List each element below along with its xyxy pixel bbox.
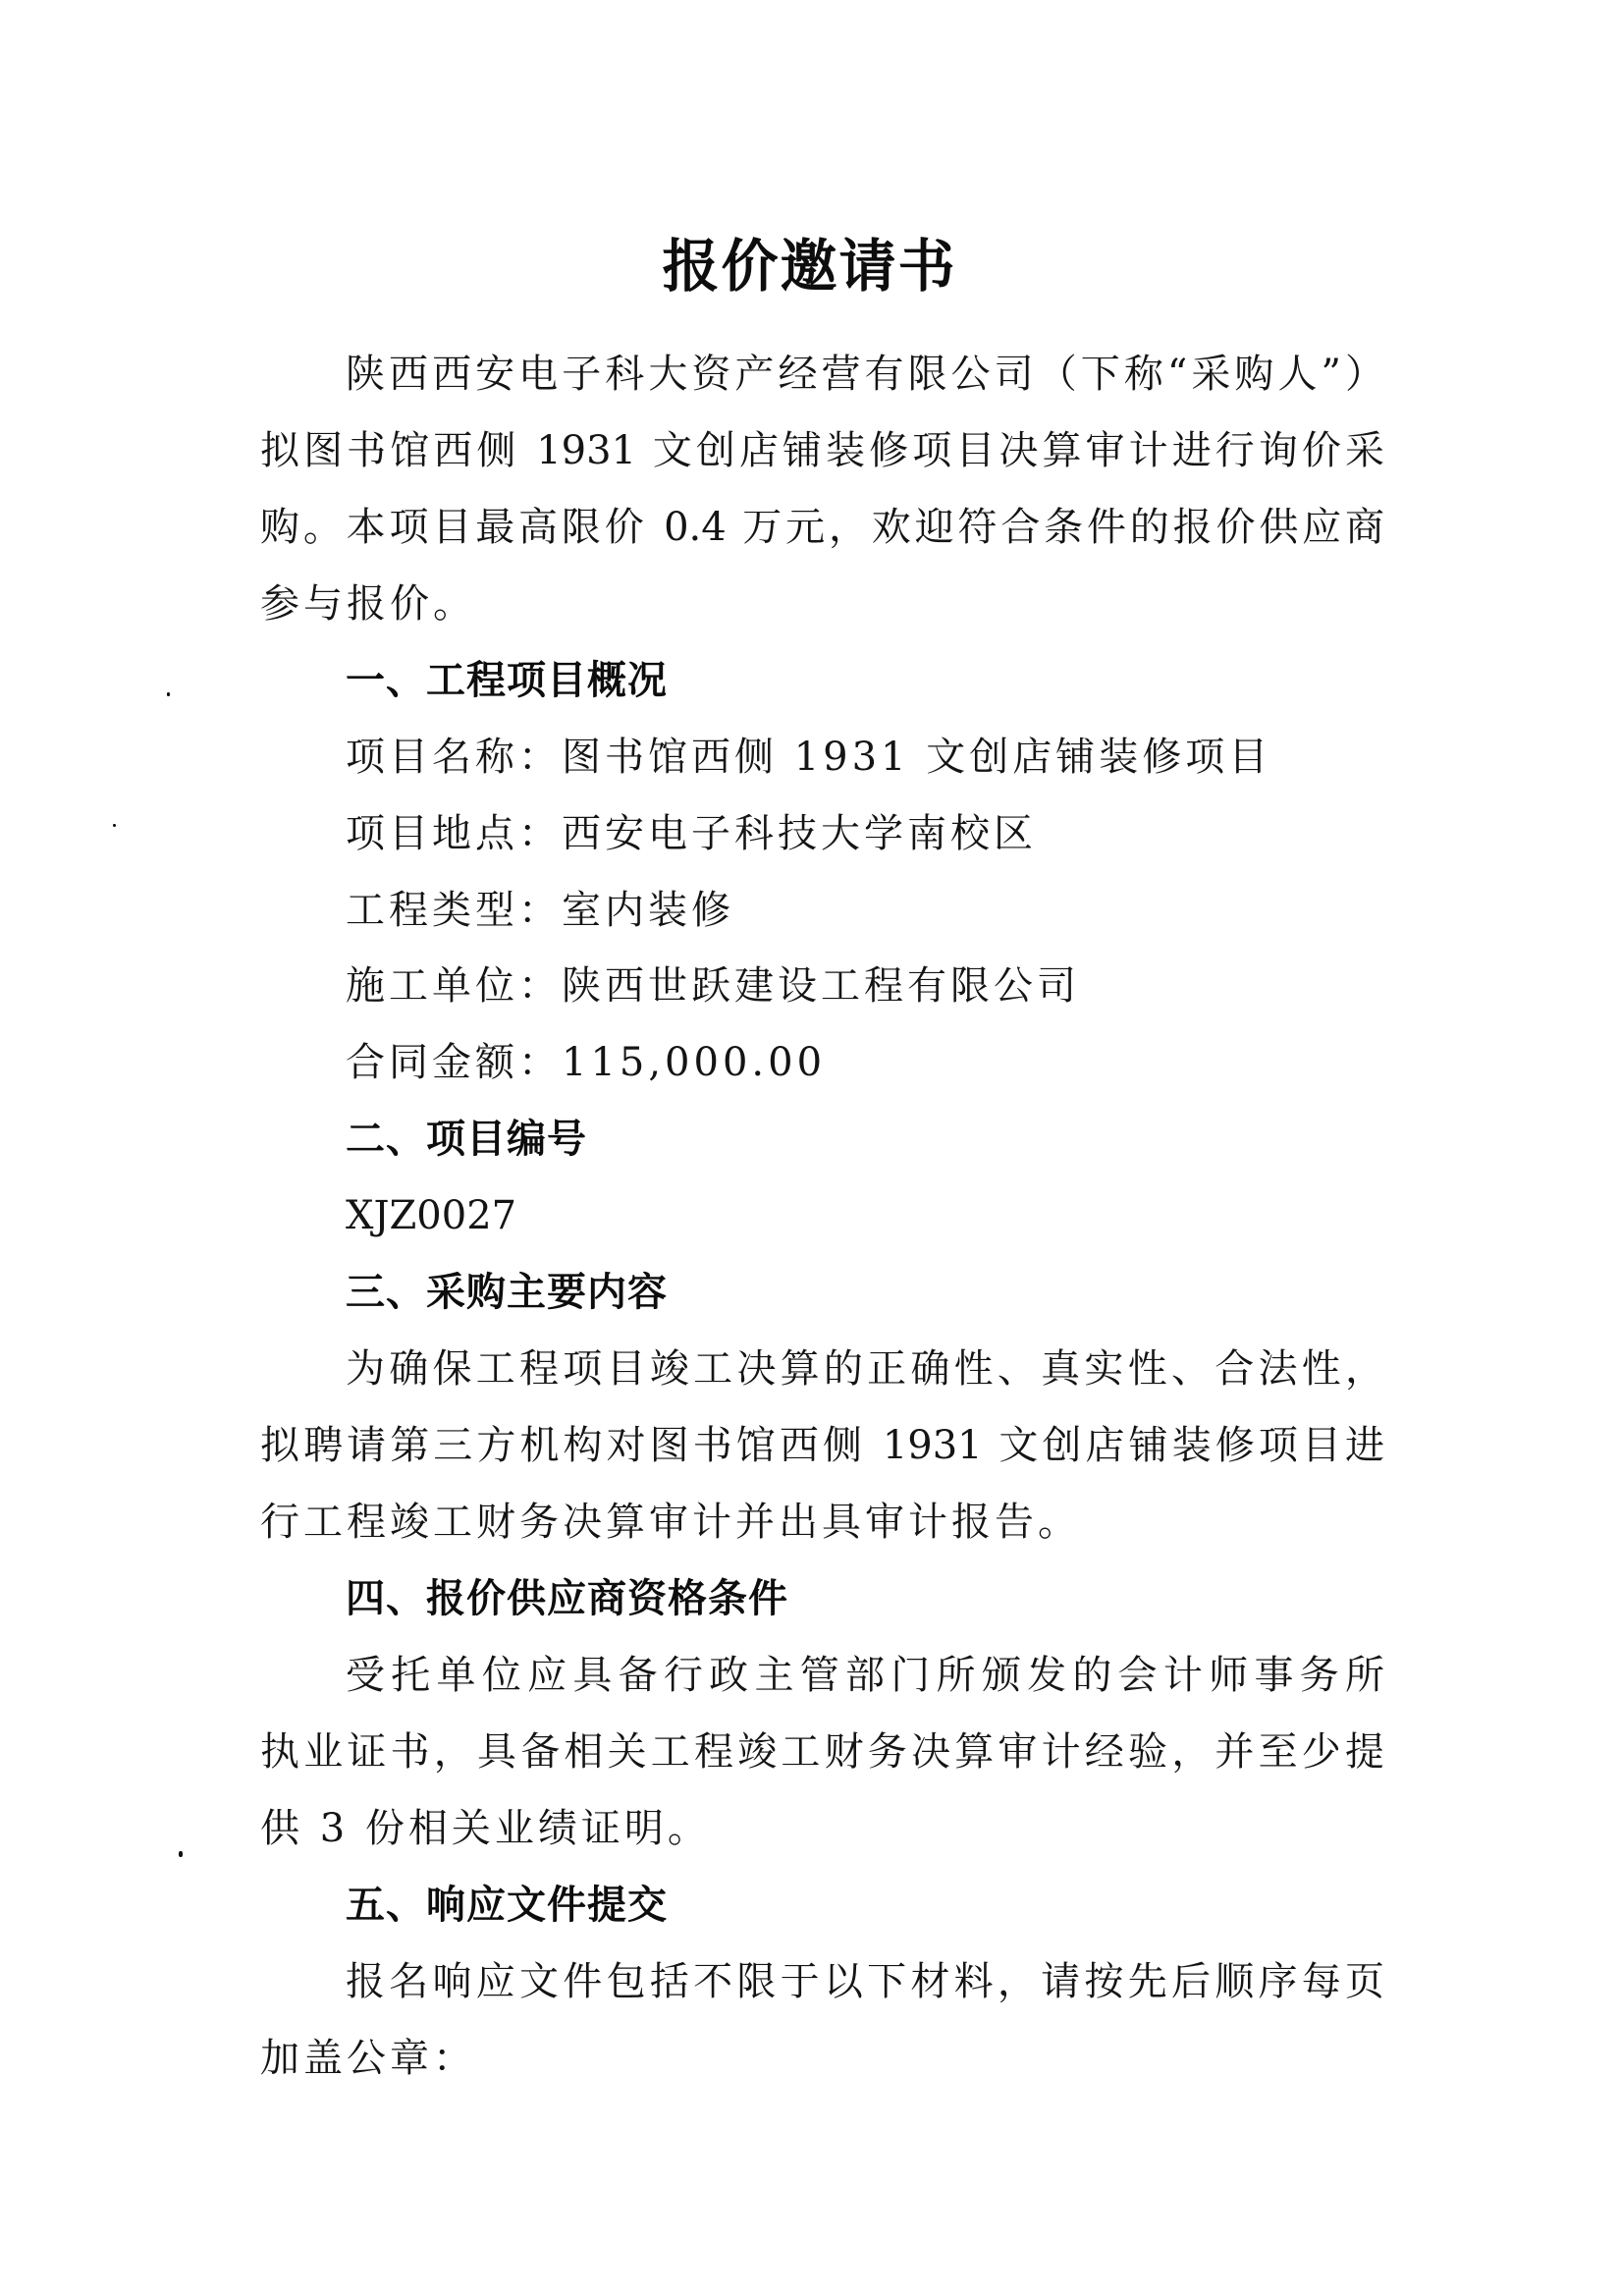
- procurement-content-line-3: 行工程竣工财务决算审计并出具审计报告。: [260, 1500, 1081, 1545]
- overview-contractor: 施工单位：陕西世跃建设工程有限公司: [346, 963, 1080, 1009]
- scan-speck: [167, 692, 170, 696]
- response-submission-line-1: 报名响应文件包括不限于以下材料，请按先后顺序每页: [346, 1959, 1384, 2004]
- procurement-content-line-2: 拟聘请第三方机构对图书馆西侧 1931 文创店铺装修项目进: [260, 1423, 1384, 1468]
- intro-line-4: 参与报价。: [260, 581, 476, 627]
- qualifications-line-3: 供 3 份相关业绩证明。: [260, 1806, 711, 1851]
- intro-line-1: 陕西西安电子科大资产经营有限公司（下称“采购人”）: [346, 352, 1384, 397]
- project-number-value: XJZ0027: [346, 1193, 516, 1238]
- procurement-content-line-1: 为确保工程项目竣工决算的正确性、真实性、合法性，: [346, 1346, 1384, 1392]
- overview-project-location: 项目地点：西安电子科技大学南校区: [346, 811, 1037, 856]
- intro-line-2: 拟图书馆西侧 1931 文创店铺装修项目决算审计进行询价采: [260, 428, 1384, 473]
- overview-project-type: 工程类型：室内装修: [346, 888, 734, 933]
- overview-contract-amount: 合同金额：115,000.00: [346, 1040, 826, 1085]
- document-title: 报价邀请书: [0, 234, 1619, 299]
- overview-project-name: 项目名称：图书馆西侧 1931 文创店铺装修项目: [346, 735, 1271, 780]
- section-heading-response-submission: 五、响应文件提交: [346, 1883, 668, 1928]
- scan-speck: [179, 1851, 183, 1857]
- document-page: 报价邀请书 陕西西安电子科大资产经营有限公司（下称“采购人”） 拟图书馆西侧 1…: [0, 0, 1619, 2296]
- section-heading-procurement-content: 三、采购主要内容: [346, 1270, 668, 1315]
- section-heading-project-number: 二、项目编号: [346, 1117, 587, 1162]
- scan-speck: [113, 824, 116, 827]
- section-heading-overview: 一、工程项目概况: [346, 658, 668, 703]
- intro-line-3: 购。本项目最高限价 0.4 万元，欢迎符合条件的报价供应商: [260, 505, 1384, 550]
- section-heading-qualifications: 四、报价供应商资格条件: [346, 1576, 788, 1621]
- qualifications-line-2: 执业证书，具备相关工程竣工财务决算审计经验，并至少提: [260, 1729, 1384, 1775]
- qualifications-line-1: 受托单位应具备行政主管部门所颁发的会计师事务所: [346, 1653, 1384, 1698]
- response-submission-line-2: 加盖公章：: [260, 2036, 476, 2081]
